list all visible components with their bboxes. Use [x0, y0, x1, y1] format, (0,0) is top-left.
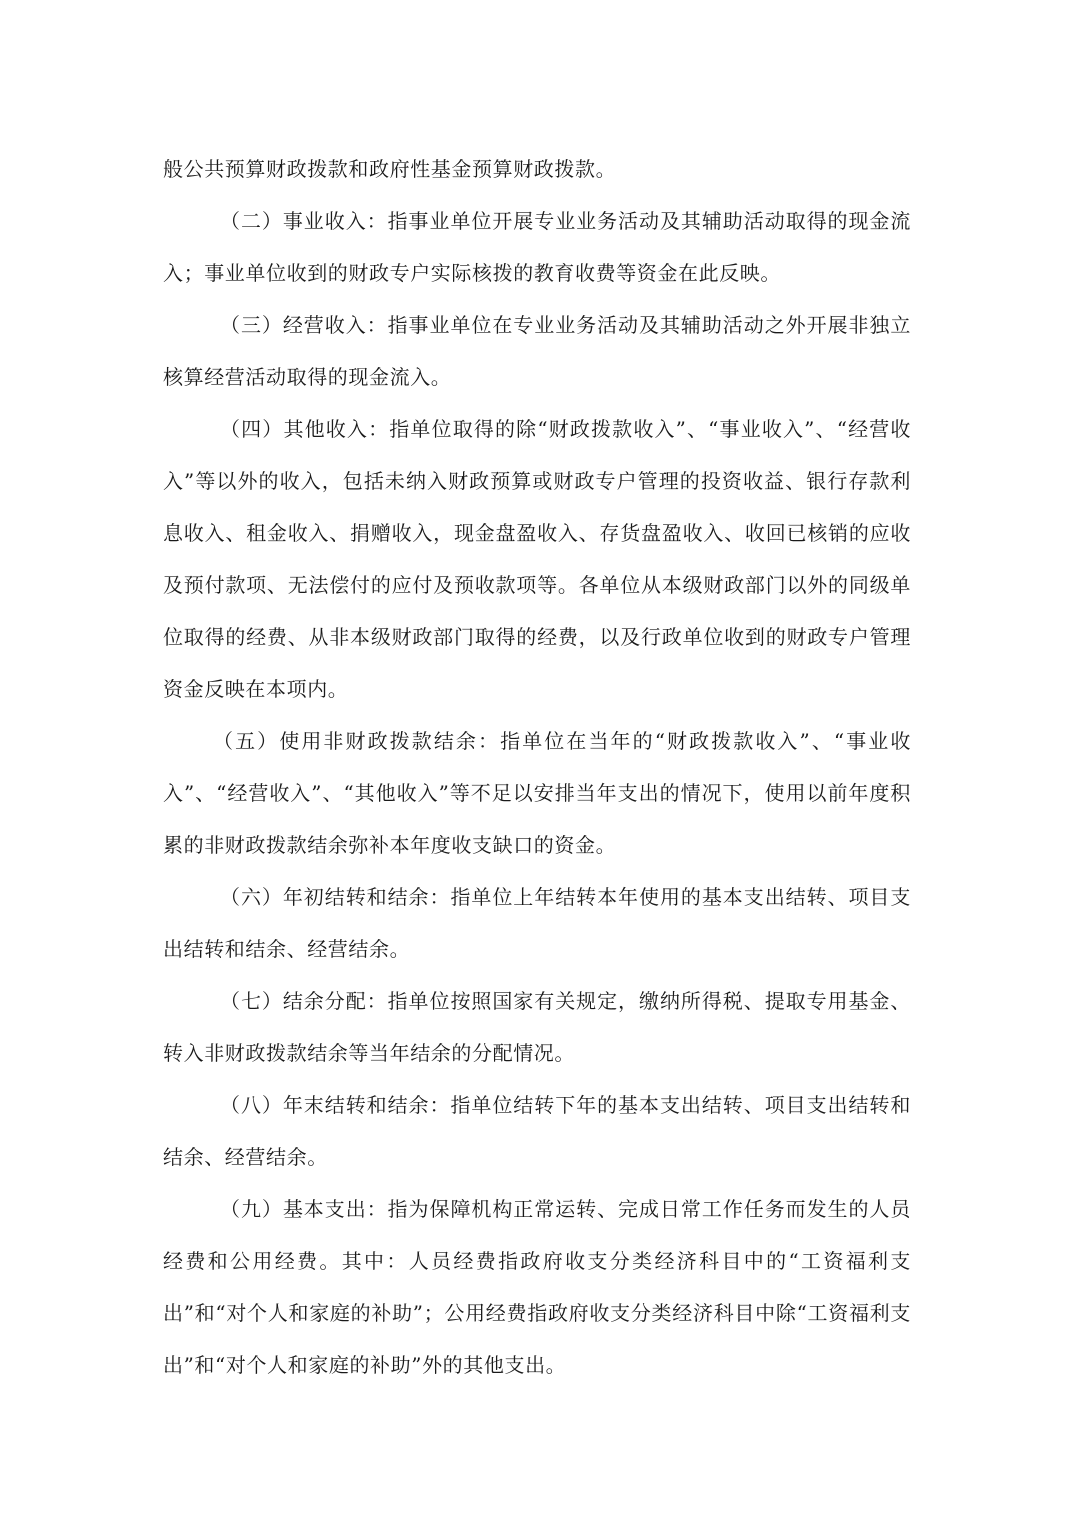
paragraph-continuation: 般公共预算财政拨款和政府性基金预算财政拨款。	[163, 143, 911, 195]
paragraph-basic-expenditure: （九）基本支出：指为保障机构正常运转、完成日常工作任务而发生的人员经费和公用经费…	[163, 1183, 911, 1391]
paragraph-business-income: （二）事业收入：指事业单位开展专业业务活动及其辅助活动取得的现金流入；事业单位收…	[163, 195, 911, 299]
paragraph-opening-carryover: （六）年初结转和结余：指单位上年结转本年使用的基本支出结转、项目支出结转和结余、…	[163, 871, 911, 975]
paragraph-non-fiscal-surplus: （五）使用非财政拨款结余：指单位在当年的“财政拨款收入”、“事业收入”、“经营收…	[163, 715, 911, 871]
paragraph-closing-carryover: （八）年末结转和结余：指单位结转下年的基本支出结转、项目支出结转和结余、经营结余…	[163, 1079, 911, 1183]
paragraph-surplus-distribution: （七）结余分配：指单位按照国家有关规定，缴纳所得税、提取专用基金、转入非财政拨款…	[163, 975, 911, 1079]
paragraph-operating-income: （三）经营收入：指事业单位在专业业务活动及其辅助活动之外开展非独立核算经营活动取…	[163, 299, 911, 403]
paragraph-other-income: （四）其他收入：指单位取得的除“财政拨款收入”、“事业收入”、“经营收入”等以外…	[163, 403, 911, 715]
document-page: 般公共预算财政拨款和政府性基金预算财政拨款。 （二）事业收入：指事业单位开展专业…	[163, 143, 911, 1391]
